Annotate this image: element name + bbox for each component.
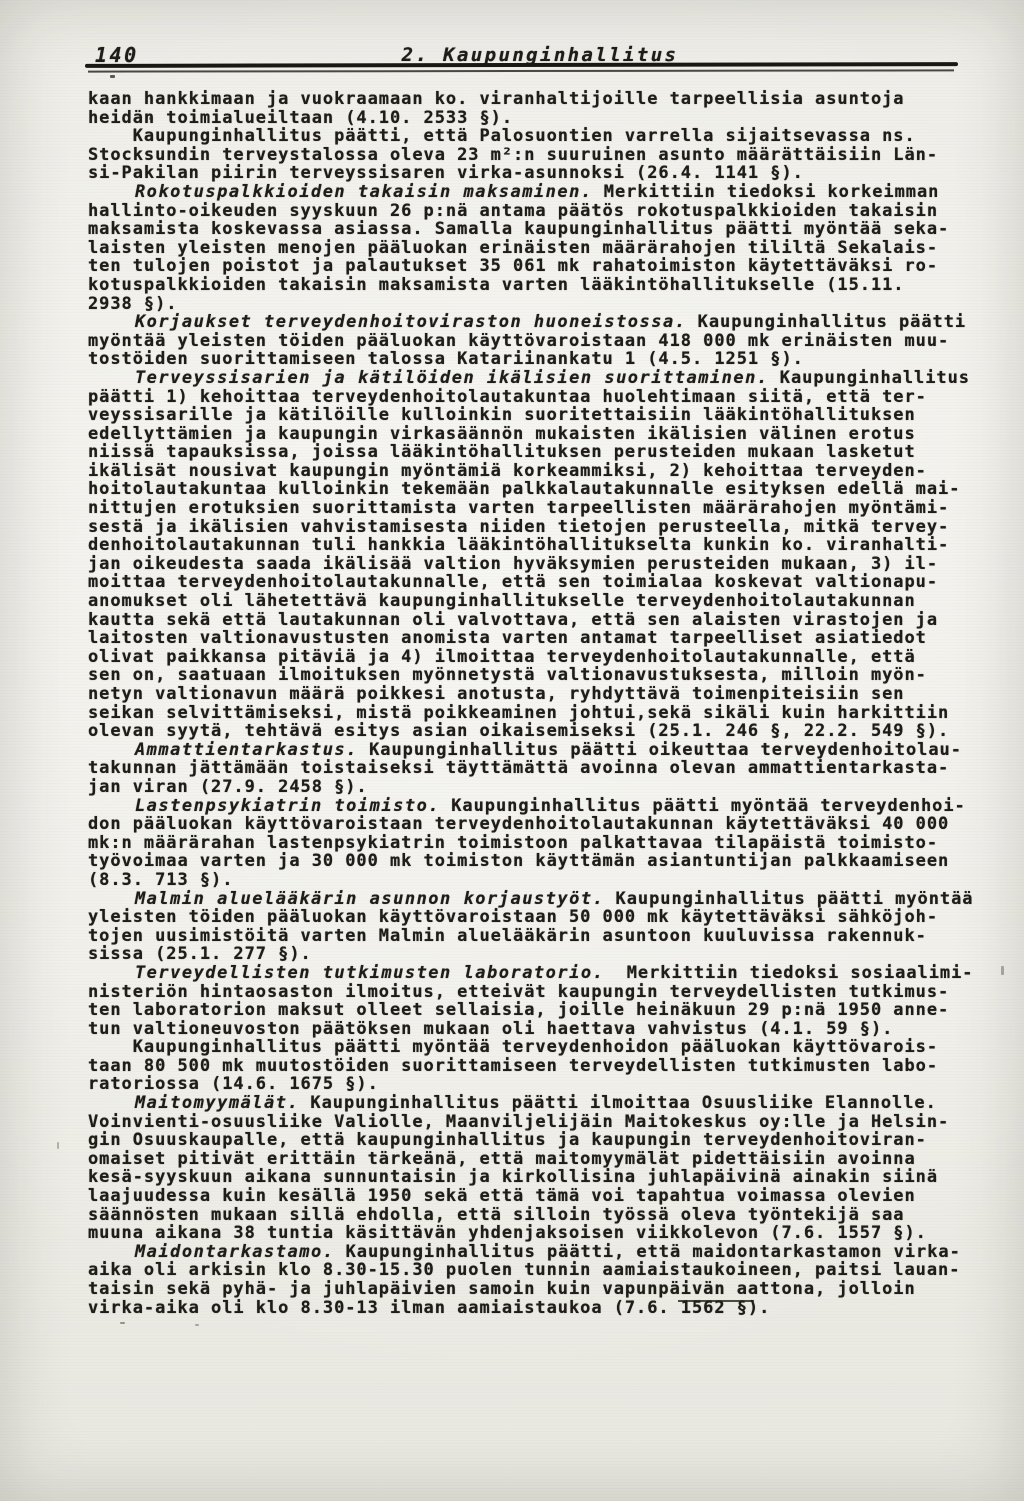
scan-speck bbox=[57, 1142, 59, 1149]
text-line: 2938 §). bbox=[88, 295, 973, 314]
line-text: niissä tapauksissa, joissa lääkintöhalli… bbox=[88, 442, 916, 462]
line-text: jan viran (27.9. 2458 §). bbox=[88, 777, 368, 797]
text-line: myöntää yleisten töiden pääluokan käyttö… bbox=[88, 332, 973, 351]
line-text: Kaupunginhallitus päätti ilmoittaa Osuus… bbox=[299, 1093, 937, 1113]
line-text: anomukset oli lähetettävä kaupunginhalli… bbox=[88, 591, 916, 611]
text-line: tostöiden suorittamiseen talossa Katarii… bbox=[88, 350, 973, 369]
line-text: taisin sekä pyhä- ja juhlapäivien samoin… bbox=[88, 1279, 916, 1299]
line-text: taan 80 500 mk muutostöiden suorittamise… bbox=[88, 1056, 938, 1076]
line-text: työvoimaa varten ja 30 000 mk toimiston … bbox=[88, 851, 949, 871]
text-line: netyn valtionavun määrä poikkesi anotust… bbox=[88, 685, 973, 704]
text-line: hoitolautakuntaa kulloinkin tekemään pal… bbox=[88, 480, 973, 499]
line-text: muuna aikana 38 tuntia käsittävän yhdenj… bbox=[88, 1223, 927, 1243]
text-line: laisten yleisten menojen pääluokan erinä… bbox=[88, 239, 973, 258]
text-line: maksamista koskevassa asiassa. Samalla k… bbox=[88, 220, 973, 239]
line-text: edellyttämien ja kaupungin virkasäännön … bbox=[88, 424, 916, 444]
line-text: Kaupunginhallitus bbox=[769, 368, 970, 388]
scan-speck bbox=[1001, 966, 1004, 975]
line-text: ikälisät nousivat kaupungin myöntämiä ko… bbox=[88, 461, 927, 481]
line-text: tun valtioneuvoston päätöksen mukaan oli… bbox=[88, 1019, 893, 1039]
text-line: jan viran (27.9. 2458 §). bbox=[88, 778, 973, 797]
text-line: työvoimaa varten ja 30 000 mk toimiston … bbox=[88, 852, 973, 871]
section-heading: Terveyssisarien ja kätilöiden ikälisien … bbox=[88, 368, 769, 388]
text-line: anomukset oli lähetettävä kaupunginhalli… bbox=[88, 592, 973, 611]
text-line: tun valtioneuvoston päätöksen mukaan oli… bbox=[88, 1020, 973, 1039]
line-text: Kaupunginhallitus päätti bbox=[686, 312, 966, 332]
line-text: Stocksundin terveystalossa oleva 23 m²:n… bbox=[88, 145, 938, 165]
line-text: moittaa terveydenhoitolautakunnalle, ett… bbox=[88, 572, 938, 592]
text-line: Rokotuspalkkioiden takaisin maksaminen. … bbox=[88, 183, 973, 202]
section-heading: Rokotuspalkkioiden takaisin maksaminen. bbox=[88, 182, 593, 202]
text-line: don pääluokan käyttövaroistaan terveyden… bbox=[88, 815, 973, 834]
text-line: tojen uusimistöitä varten Malmin aluelää… bbox=[88, 927, 973, 946]
text-line: seikan selvittämiseksi, mistä poikkeamin… bbox=[88, 704, 973, 723]
text-line: omaiset pitivät erittäin tärkeänä, että … bbox=[88, 1150, 973, 1169]
text-line: moittaa terveydenhoitolautakunnalle, ett… bbox=[88, 573, 973, 592]
line-text: nittujen erotuksien suorittamista varten… bbox=[88, 498, 949, 518]
line-text: si-Pakilan piirin terveyssisaren virka-a… bbox=[88, 163, 804, 183]
line-text: Kaupunginhallitus päätti, että maidontar… bbox=[334, 1242, 960, 1262]
text-line: sestä ja ikälisien vahvistamisesta niide… bbox=[88, 518, 973, 537]
line-text: seikan selvittämiseksi, mistä poikkeamin… bbox=[88, 703, 949, 723]
text-line: heidän toimialueiltaan (4.10. 2533 §). bbox=[88, 109, 973, 128]
line-text: tostöiden suorittamiseen talossa Katarii… bbox=[88, 349, 804, 369]
text-line: mk:n määrärahan lastenpsykiatrin toimist… bbox=[88, 834, 973, 853]
text-line: kotuspalkkioiden takaisin maksamista var… bbox=[88, 276, 973, 295]
scan-overline-artifact bbox=[678, 1300, 754, 1302]
line-text: veyssisarille ja kätilöille kulloinkin s… bbox=[88, 405, 916, 425]
text-line: taan 80 500 mk muutostöiden suorittamise… bbox=[88, 1057, 973, 1076]
text-line: ten tulojen poistot ja palautukset 35 06… bbox=[88, 257, 973, 276]
line-text: Kaupunginhallitus päätti myöntää terveyd… bbox=[440, 796, 966, 816]
line-text: ratoriossa (14.6. 1675 §). bbox=[88, 1074, 379, 1094]
section-heading: Lastenpsykiatrin toimisto. bbox=[88, 796, 440, 816]
text-line: ten laboratorion maksut olleet sellaisia… bbox=[88, 1001, 973, 1020]
header-rule-echo bbox=[88, 69, 954, 72]
section-heading: Maitomyymälät. bbox=[88, 1093, 299, 1113]
text-line: virka-aika oli klo 8.30-13 ilman aamiais… bbox=[88, 1299, 973, 1318]
scan-speck bbox=[110, 75, 115, 78]
text-line: veyssisarille ja kätilöille kulloinkin s… bbox=[88, 406, 973, 425]
text-line: päätti 1) kehoittaa terveydenhoitolautak… bbox=[88, 388, 973, 407]
text-line: kaan hankkimaan ja vuokraamaan ko. viran… bbox=[88, 90, 973, 109]
line-text: laajuudessa kuin kesällä 1950 sekä että … bbox=[88, 1186, 916, 1206]
text-line: sen on, saatuaan ilmoituksen myönnetystä… bbox=[88, 666, 973, 685]
text-line: Ammattientarkastus. Kaupunginhallitus pä… bbox=[88, 741, 973, 760]
line-text: kaan hankkimaan ja vuokraamaan ko. viran… bbox=[88, 89, 905, 109]
line-text: aika oli arkisin klo 8.30-15.30 puolen t… bbox=[88, 1260, 960, 1280]
line-text: Kaupunginhallitus päätti myöntää terveyd… bbox=[88, 1037, 938, 1057]
line-text: yleisten töiden pääluokan käyttövaroista… bbox=[88, 907, 938, 927]
text-line: ikälisät nousivat kaupungin myöntämiä ko… bbox=[88, 462, 973, 481]
line-text: tojen uusimistöitä varten Malmin aluelää… bbox=[88, 926, 927, 946]
text-line: niissä tapauksissa, joissa lääkintöhalli… bbox=[88, 443, 973, 462]
header-rule bbox=[85, 62, 958, 68]
line-text: päätti 1) kehoittaa terveydenhoitolautak… bbox=[88, 387, 927, 407]
line-text: hoitolautakuntaa kulloinkin tekemään pal… bbox=[88, 479, 960, 499]
text-line: muuna aikana 38 tuntia käsittävän yhdenj… bbox=[88, 1224, 973, 1243]
text-line: denhoitolautakunnan tuli hankkia lääkint… bbox=[88, 536, 973, 555]
text-line: Maidontarkastamo. Kaupunginhallitus päät… bbox=[88, 1243, 973, 1262]
section-heading: Korjaukset terveydenhoitoviraston huonei… bbox=[88, 312, 686, 332]
scan-speck bbox=[195, 1324, 199, 1326]
line-text: don pääluokan käyttövaroistaan terveyden… bbox=[88, 814, 949, 834]
text-line: ratoriossa (14.6. 1675 §). bbox=[88, 1075, 973, 1094]
text-line: olivat paikkansa pitäviä ja 4) ilmoittaa… bbox=[88, 648, 973, 667]
text-line: Korjaukset terveydenhoitoviraston huonei… bbox=[88, 313, 973, 332]
section-heading: Ammattientarkastus. bbox=[88, 740, 358, 760]
text-line: Malmin aluelääkärin asunnon korjaustyöt.… bbox=[88, 890, 973, 909]
scanned-page: 140 2. Kaupunginhallitus kaan hankkimaan… bbox=[0, 0, 1024, 1501]
line-text: hallinto-oikeuden syyskuun 26 p:nä antam… bbox=[88, 201, 938, 221]
text-line: aika oli arkisin klo 8.30-15.30 puolen t… bbox=[88, 1261, 973, 1280]
text-line: Terveydellisten tutkimusten laboratorio.… bbox=[88, 964, 973, 983]
text-line: takunnan jättämään toistaiseksi täyttämä… bbox=[88, 759, 973, 778]
line-text: kautta sekä että lautakunnan oli valvott… bbox=[88, 610, 938, 630]
line-text: netyn valtionavun määrä poikkesi anotust… bbox=[88, 684, 905, 704]
line-text: laitosten valtionavustusten anomista var… bbox=[88, 628, 927, 648]
text-line: säännösten mukaan sillä ehdolla, että si… bbox=[88, 1206, 973, 1225]
document-body: kaan hankkimaan ja vuokraamaan ko. viran… bbox=[88, 90, 973, 1317]
line-text: kesä-syyskuun aikana sunnuntaisin ja kir… bbox=[88, 1167, 938, 1187]
text-line: Maitomyymälät. Kaupunginhallitus päätti … bbox=[88, 1094, 973, 1113]
line-text: mk:n määrärahan lastenpsykiatrin toimist… bbox=[88, 833, 938, 853]
line-text: nisteriön hintaosaston ilmoitus, etteivä… bbox=[88, 982, 949, 1002]
text-line: yleisten töiden pääluokan käyttövaroista… bbox=[88, 908, 973, 927]
text-line: laitosten valtionavustusten anomista var… bbox=[88, 629, 973, 648]
line-text: Voinvienti-osuusliike Valiolle, Maanvilj… bbox=[88, 1112, 949, 1132]
line-text: (8.3. 713 §). bbox=[88, 870, 233, 890]
line-text: virka-aika oli klo 8.30-13 ilman aamiais… bbox=[88, 1298, 770, 1318]
text-line: si-Pakilan piirin terveyssisaren virka-a… bbox=[88, 164, 973, 183]
text-line: taisin sekä pyhä- ja juhlapäivien samoin… bbox=[88, 1280, 973, 1299]
line-text: laisten yleisten menojen pääluokan erinä… bbox=[88, 238, 938, 258]
section-heading: Terveydellisten tutkimusten laboratorio. bbox=[88, 963, 604, 983]
text-line: kesä-syyskuun aikana sunnuntaisin ja kir… bbox=[88, 1168, 973, 1187]
text-line: Voinvienti-osuusliike Valiolle, Maanvilj… bbox=[88, 1113, 973, 1132]
line-text: kotuspalkkioiden takaisin maksamista var… bbox=[88, 275, 905, 295]
line-text: denhoitolautakunnan tuli hankkia lääkint… bbox=[88, 535, 949, 555]
text-line: gin Osuuskaupalle, että kaupunginhallitu… bbox=[88, 1131, 973, 1150]
line-text: Merkittiin tiedoksi korkeimman bbox=[593, 182, 940, 202]
line-text: 2938 §). bbox=[88, 294, 177, 314]
text-line: nisteriön hintaosaston ilmoitus, etteivä… bbox=[88, 983, 973, 1002]
line-text: olivat paikkansa pitäviä ja 4) ilmoittaa… bbox=[88, 647, 916, 667]
line-text: Kaupunginhallitus päätti myöntää bbox=[604, 889, 973, 909]
line-text: säännösten mukaan sillä ehdolla, että si… bbox=[88, 1205, 905, 1225]
line-text: gin Osuuskaupalle, että kaupunginhallitu… bbox=[88, 1130, 927, 1150]
line-text: ten laboratorion maksut olleet sellaisia… bbox=[88, 1000, 949, 1020]
line-text: sen on, saatuaan ilmoituksen myönnetystä… bbox=[88, 665, 927, 685]
text-line: Terveyssisarien ja kätilöiden ikälisien … bbox=[88, 369, 973, 388]
line-text: maksamista koskevassa asiassa. Samalla k… bbox=[88, 219, 949, 239]
line-text: jan oikeudesta saada ikälisää valtion hy… bbox=[88, 554, 938, 574]
line-text: takunnan jättämään toistaiseksi täyttämä… bbox=[88, 758, 949, 778]
line-text: omaiset pitivät erittäin tärkeänä, että … bbox=[88, 1149, 916, 1169]
line-text: Kaupunginhallitus päätti, että Palosuont… bbox=[88, 126, 916, 146]
line-text: sissa (25.1. 277 §). bbox=[88, 944, 312, 964]
text-line: sissa (25.1. 277 §). bbox=[88, 945, 973, 964]
line-text: myöntää yleisten töiden pääluokan käyttö… bbox=[88, 331, 949, 351]
scan-speck bbox=[120, 1322, 125, 1324]
text-line: hallinto-oikeuden syyskuun 26 p:nä antam… bbox=[88, 202, 973, 221]
text-line: Kaupunginhallitus päätti myöntää terveyd… bbox=[88, 1038, 973, 1057]
text-line: edellyttämien ja kaupungin virkasäännön … bbox=[88, 425, 973, 444]
line-text: sestä ja ikälisien vahvistamisesta niide… bbox=[88, 517, 949, 537]
line-text: ten tulojen poistot ja palautukset 35 06… bbox=[88, 256, 938, 276]
text-line: (8.3. 713 §). bbox=[88, 871, 973, 890]
scan-speck bbox=[149, 117, 153, 120]
text-line: olevan syytä, tehtävä esitys asian oikai… bbox=[88, 722, 973, 741]
text-line: Stocksundin terveystalossa oleva 23 m²:n… bbox=[88, 146, 973, 165]
text-line: nittujen erotuksien suorittamista varten… bbox=[88, 499, 973, 518]
section-heading: Maidontarkastamo. bbox=[88, 1242, 334, 1262]
text-line: Lastenpsykiatrin toimisto. Kaupunginhall… bbox=[88, 797, 973, 816]
line-text: Merkittiin tiedoksi sosiaalimi- bbox=[604, 963, 973, 983]
text-line: kautta sekä että lautakunnan oli valvott… bbox=[88, 611, 973, 630]
text-line: jan oikeudesta saada ikälisää valtion hy… bbox=[88, 555, 973, 574]
text-line: Kaupunginhallitus päätti, että Palosuont… bbox=[88, 127, 973, 146]
line-text: olevan syytä, tehtävä esitys asian oikai… bbox=[88, 721, 949, 741]
text-line: laajuudessa kuin kesällä 1950 sekä että … bbox=[88, 1187, 973, 1206]
line-text: Kaupunginhallitus päätti oikeuttaa terve… bbox=[358, 740, 962, 760]
section-heading: Malmin aluelääkärin asunnon korjaustyöt. bbox=[88, 889, 604, 909]
